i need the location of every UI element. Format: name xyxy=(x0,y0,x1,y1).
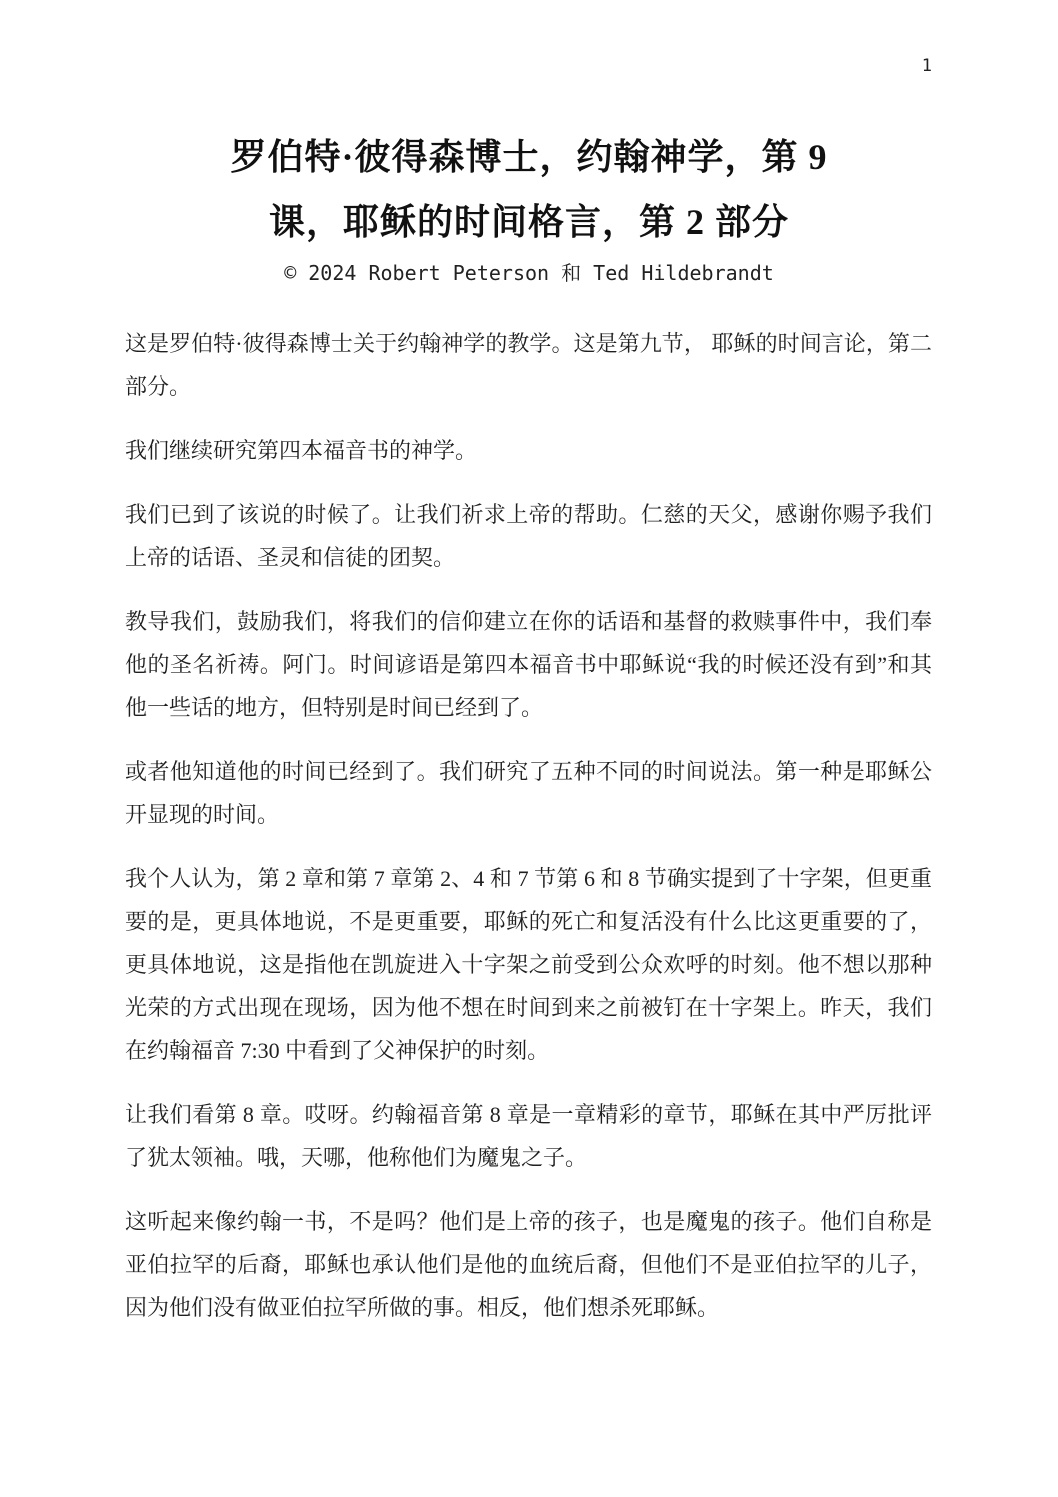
copyright-line: © 2024 Robert Peterson 和 Ted Hildebrandt xyxy=(0,260,1058,286)
document-body: 这是罗伯特·彼得森博士关于约翰神学的教学。这是第九节， 耶稣的时间言论，第二部分… xyxy=(125,322,932,1329)
document-title: 罗伯特·彼得森博士，约翰神学，第 9 课，耶稣的时间格言，第 2 部分 xyxy=(90,125,968,255)
title-line-1: 罗伯特·彼得森博士，约翰神学，第 9 xyxy=(90,125,968,190)
paragraph: 让我们看第 8 章。哎呀。约翰福音第 8 章是一章精彩的章节，耶稣在其中严厉批评… xyxy=(125,1093,932,1179)
title-line-2: 课，耶稣的时间格言，第 2 部分 xyxy=(90,190,968,255)
document-page: 1 罗伯特·彼得森博士，约翰神学，第 9 课，耶稣的时间格言，第 2 部分 © … xyxy=(0,0,1058,1497)
paragraph: 我个人认为，第 2 章和第 7 章第 2、4 和 7 节第 6 和 8 节确实提… xyxy=(125,857,932,1072)
page-number: 1 xyxy=(922,56,932,76)
paragraph: 我们继续研究第四本福音书的神学。 xyxy=(125,429,932,472)
paragraph: 这是罗伯特·彼得森博士关于约翰神学的教学。这是第九节， 耶稣的时间言论，第二部分… xyxy=(125,322,932,408)
paragraph: 我们已到了该说的时候了。让我们祈求上帝的帮助。仁慈的天父，感谢你赐予我们上帝的话… xyxy=(125,493,932,579)
paragraph: 这听起来像约翰一书，不是吗？他们是上帝的孩子，也是魔鬼的孩子。他们自称是亚伯拉罕… xyxy=(125,1200,932,1329)
paragraph: 或者他知道他的时间已经到了。我们研究了五种不同的时间说法。第一种是耶稣公开显现的… xyxy=(125,750,932,836)
paragraph: 教导我们，鼓励我们，将我们的信仰建立在你的话语和基督的救赎事件中，我们奉他的圣名… xyxy=(125,600,932,729)
